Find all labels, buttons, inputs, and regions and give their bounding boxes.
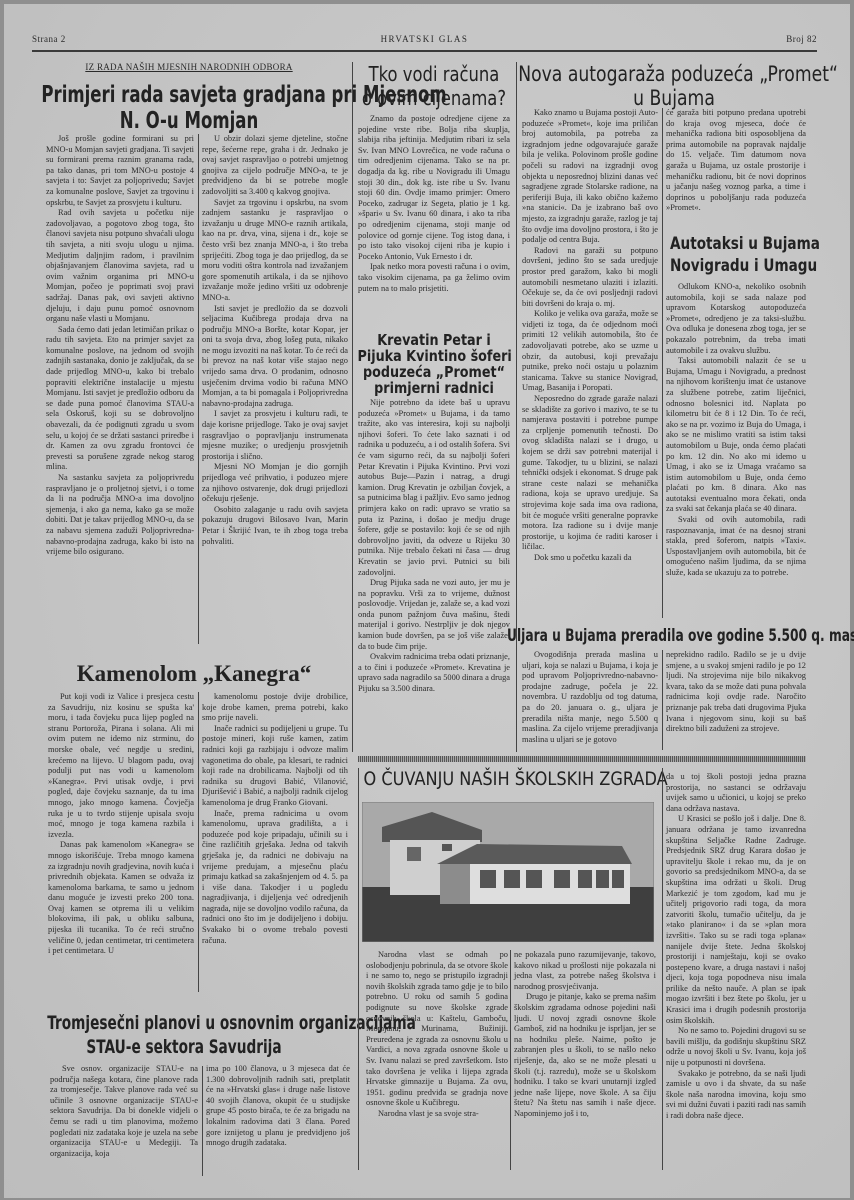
headline-cijene-line2: o ovim cijenama?	[360, 86, 508, 110]
article-kanegra-col1: Put koji vodi iz Valice i presjeca cestu…	[48, 692, 194, 957]
headline-garaza-line2: u Bujama	[518, 86, 830, 110]
section-kicker: IZ RADA NAŠIH MJESNIH NARODNIH ODBORA	[44, 62, 334, 72]
headline-soferi-line3: poduzeća „Promet“	[358, 364, 511, 380]
section-divider	[352, 62, 353, 752]
newspaper-title: HRVATSKI GLAS	[32, 34, 817, 44]
column-divider	[662, 768, 663, 1170]
headline-skole: O ČUVANJU NAŠIH ŠKOLSKIH ZGRADA	[364, 768, 653, 790]
headline-stau-line1: Tromjesečni planovi u osnovnim organizac…	[47, 1012, 321, 1034]
column-divider	[198, 134, 199, 644]
article-skole-col1: Narodna vlast se odmah po oslobodjenju p…	[366, 950, 508, 1120]
headline-taksi-line2: Novigradu i Umagu	[670, 256, 798, 276]
article-momjan-col1: Još prošle godine formirani su pri MNO-u…	[46, 134, 194, 558]
newspaper-page: Strana 2 HRVATSKI GLAS Broj 82 IZ RADA N…	[4, 4, 850, 1198]
headline-garaza-line1: Nova autogaraža poduzeća „Promet“	[518, 62, 830, 86]
article-skole-col2: ne pokazala puno razumijevanje, takovo, …	[514, 950, 656, 1120]
masthead-rule	[32, 50, 817, 52]
headline-momjan-line2: N. O-u Momjan	[41, 108, 336, 135]
column-divider	[202, 1066, 203, 1176]
headline-kanegra: Kamenolom „Kanegra“	[44, 660, 344, 688]
headline-momjan-line1: Primjeri rada savjeta gradjana pri Mjesn…	[41, 82, 336, 109]
headline-taksi-line1: Autotaksi u Bujama	[670, 234, 798, 254]
headline-uljara: Uljara u Bujama preradila ove godine 5.5…	[507, 626, 831, 646]
column-divider	[198, 692, 199, 992]
article-momjan-col2: U obzir dolazi sjeme djeteline, stočne r…	[202, 134, 348, 547]
article-skole-col3: da u toj školi postoji jedna prazna pros…	[666, 772, 806, 1122]
headline-stau-line2: STAU-e sektora Savudrija	[47, 1036, 321, 1058]
school-building-image	[362, 802, 654, 942]
section-divider	[358, 768, 359, 1170]
headline-soferi-line4: primjerni radnici	[358, 380, 511, 396]
column-divider	[510, 950, 511, 1170]
school-building-photo	[362, 802, 654, 942]
section-divider	[516, 62, 517, 752]
column-divider	[662, 650, 663, 750]
article-kanegra-col2: kamenolomu postoje dvije drobilice, koje…	[202, 692, 348, 946]
headline-soferi-line2: Pijuka Kvintino šoferi	[358, 348, 511, 364]
article-cijene-body: Znamo da postoje odredjene cijene za poj…	[358, 114, 510, 294]
article-garaza-col1: Kako znamo u Bujama postoji Auto-poduzeć…	[522, 108, 658, 564]
article-stau-col1: Sve osnov. organizacije STAU-e na područ…	[50, 1064, 198, 1159]
article-uljara-col1: Ovogodišnja prerada maslina u uljari, ko…	[522, 650, 658, 745]
column-divider	[662, 108, 663, 618]
article-uljara-col2: neprekidno radilo. Radilo se je u dvije …	[666, 650, 806, 735]
article-garaza-col2: će garaža biti potpuno predana upotrebi …	[666, 108, 806, 214]
article-soferi-body: Nije potrebno da idete baš u upravu podu…	[358, 398, 510, 695]
headline-soferi-line1: Krevatin Petar i	[358, 332, 511, 348]
issue-number: Broj 82	[786, 34, 817, 44]
headline-cijene-line1: Tko vodi računa	[360, 62, 508, 86]
article-stau-col2: ima po 100 članova, u 3 mjeseca dat će 1…	[206, 1064, 350, 1149]
hatched-separator	[358, 756, 806, 762]
article-taksi-body: Odlukom KNO-a, nekoliko osobnih automobi…	[666, 282, 806, 579]
